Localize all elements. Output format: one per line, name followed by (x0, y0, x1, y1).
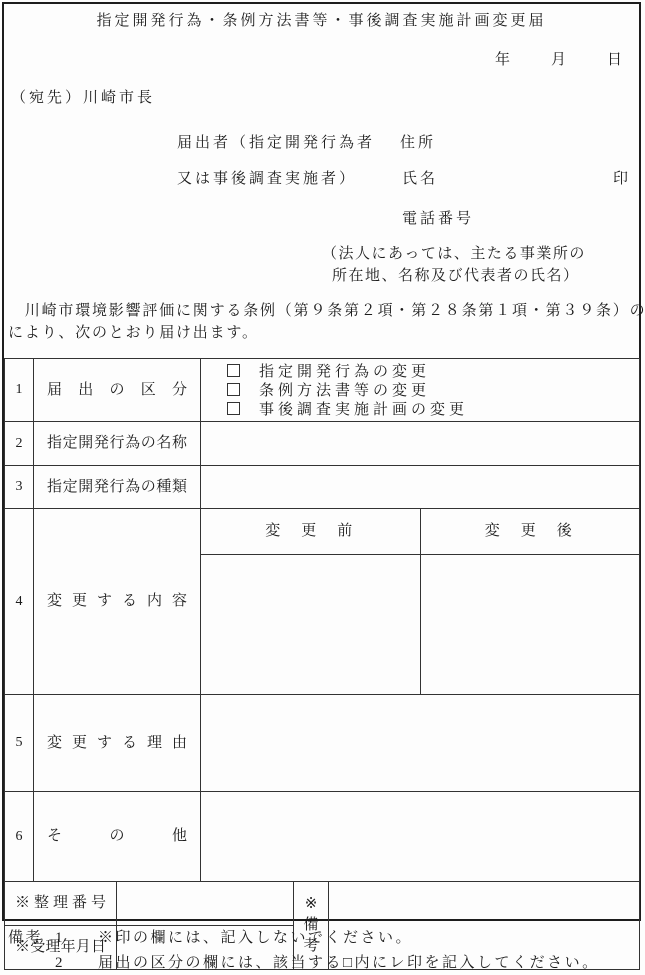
reference-number-input-cell[interactable] (117, 882, 294, 926)
checkbox-icon[interactable] (227, 402, 240, 415)
form-page: 指定開発行為・条例方法書等・事後調査実施計画変更届 年 月 日 （宛先）川崎市長… (0, 0, 645, 975)
checkbox-icon[interactable] (227, 364, 240, 377)
date-month-label: 月 (551, 53, 569, 68)
option-label: 事後調査実施計画の変更 (259, 402, 468, 418)
form-title: 指定開発行為・条例方法書等・事後調査実施計画変更届 (4, 14, 639, 29)
row3-number: 3 (5, 466, 34, 509)
row2-number: 2 (5, 422, 34, 466)
reference-number-label: ※整理番号 (5, 882, 117, 926)
corporate-note-line1: （法人にあっては、主たる事業所の (322, 247, 586, 262)
address-label: 住所 (400, 136, 436, 151)
table-row: ※整理番号 ※ 備 考 (5, 882, 640, 926)
development-type-input-cell[interactable] (201, 466, 640, 509)
note-1-number: 1 (55, 931, 98, 946)
intro-paragraph-line1: 川崎市環境影響評価に関する条例（第９条第２項・第２８条第１項・第３９条）の規定 (8, 304, 645, 319)
row1-number: 1 (5, 359, 34, 422)
checkbox-icon[interactable] (227, 383, 240, 396)
form-outer-border: 指定開発行為・条例方法書等・事後調査実施計画変更届 年 月 日 （宛先）川崎市長… (2, 2, 641, 921)
main-table: 1 届出の区分 指定開発行為の変更 条例方法書等の変更 事後調査実施計画の変更 (4, 358, 640, 882)
row6-number: 6 (5, 792, 34, 882)
table-row: 3 指定開発行為の種類 (5, 466, 640, 509)
change-reason-input-cell[interactable] (201, 695, 640, 792)
change-content-cell: 変 更 前 変 更 後 (201, 509, 640, 695)
intro-paragraph-line2: により、次のとおり届け出ます。 (8, 326, 259, 341)
table-row: 5 変更する理由 (5, 695, 640, 792)
footer-note-2: 2届出の区分の欄には、該当する□内にレ印を記入してください。 (8, 956, 600, 971)
row5-label: 変更する理由 (34, 695, 201, 792)
development-name-input-cell[interactable] (201, 422, 640, 466)
date-year-label: 年 (495, 53, 513, 68)
row4-number: 4 (5, 509, 34, 695)
row1-label: 届出の区分 (34, 359, 201, 422)
after-change-header: 変 更 後 (420, 509, 639, 555)
row2-label: 指定開発行為の名称 (34, 422, 201, 466)
other-input-cell[interactable] (201, 792, 640, 882)
note-2-number: 2 (55, 956, 98, 971)
applicant-role-line1: 届出者（指定開発行為者 (177, 136, 375, 151)
before-change-input-cell[interactable] (201, 555, 420, 695)
notification-category-cell: 指定開発行為の変更 条例方法書等の変更 事後調査実施計画の変更 (201, 359, 640, 422)
footer-note-1: 備考1※印の欄には、記入しないでください。 (8, 931, 413, 946)
notes-heading: 備考 (8, 931, 55, 946)
before-after-table: 変 更 前 変 更 後 (201, 509, 639, 694)
option-label: 指定開発行為の変更 (259, 364, 430, 380)
remarks-char: ※ (294, 894, 328, 915)
row3-label: 指定開発行為の種類 (34, 466, 201, 509)
addressee-line: （宛先）川崎市長 (11, 91, 155, 106)
phone-label: 電話番号 (402, 212, 474, 227)
date-line: 年 月 日 (495, 53, 625, 68)
table-row: 6 そ の 他 (5, 792, 640, 882)
row4-label: 変更する内容 (34, 509, 201, 695)
after-change-input-cell[interactable] (420, 555, 639, 695)
applicant-role-line2: 又は事後調査実施者） (177, 172, 357, 187)
table-row: 2 指定開発行為の名称 (5, 422, 640, 466)
option-row: 事後調査実施計画の変更 (227, 401, 639, 420)
seal-label: 印 (613, 172, 631, 187)
table-row: 4 変更する内容 変 更 前 変 更 後 (5, 509, 640, 695)
option-row: 条例方法書等の変更 (227, 382, 639, 401)
date-day-label: 日 (607, 53, 625, 68)
row6-label: そ の 他 (34, 792, 201, 882)
corporate-note-line2: 所在地、名称及び代表者の氏名） (332, 269, 580, 284)
option-row: 指定開発行為の変更 (227, 363, 639, 382)
before-change-header: 変 更 前 (201, 509, 420, 555)
note-2-text: 届出の区分の欄には、該当する□内にレ印を記入してください。 (98, 955, 600, 971)
form-tables: 1 届出の区分 指定開発行為の変更 条例方法書等の変更 事後調査実施計画の変更 (4, 358, 639, 970)
table-row: 1 届出の区分 指定開発行為の変更 条例方法書等の変更 事後調査実施計画の変更 (5, 359, 640, 422)
row5-number: 5 (5, 695, 34, 792)
note-1-text: ※印の欄には、記入しないでください。 (98, 930, 413, 946)
option-label: 条例方法書等の変更 (259, 383, 430, 399)
name-label: 氏名 (402, 172, 438, 187)
